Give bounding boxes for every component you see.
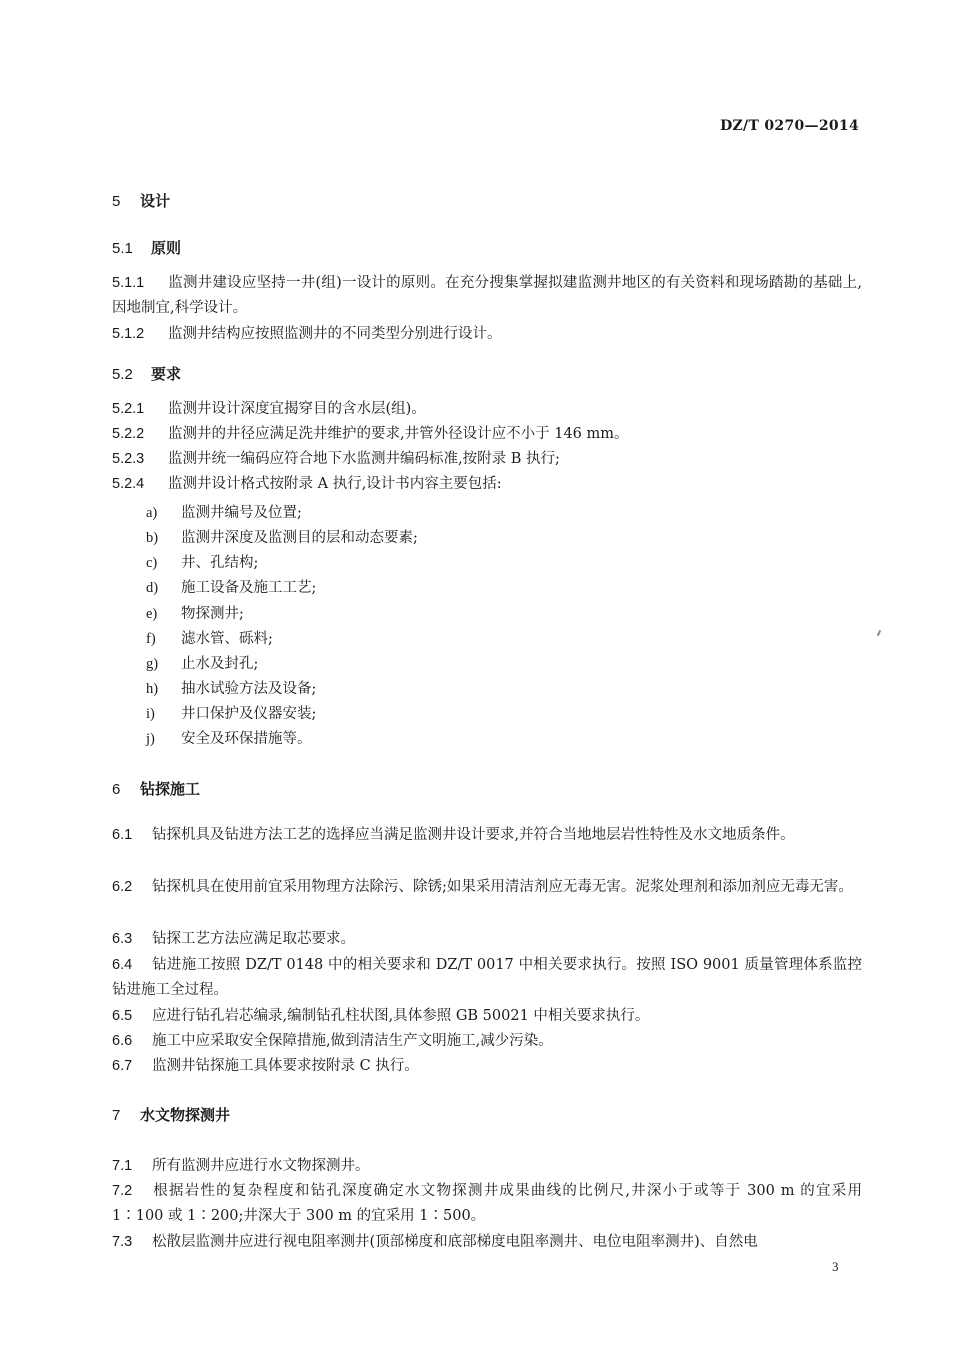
clause-text: 钻探工艺方法应满足取芯要求。 (152, 931, 355, 947)
document-page: DZ/T 0270—2014 5设计 5.1原则 5.1.1监测井建设应坚持一井… (0, 0, 956, 1353)
section-heading-5: 5设计 (112, 190, 170, 211)
clause-5-2-2: 5.2.2监测井的井径应满足洗井维护的要求,井管外径设计应不小于 146 mm。 (112, 422, 862, 447)
clause-text: 钻探机具在使用前宜采用物理方法除污、除锈;如果采用清洁剂应无毒无害。泥浆处理剂和… (152, 879, 853, 895)
clause-5-1-1: 5.1.1监测井建设应坚持一井(组)一设计的原则。在充分搜集掌握拟建监测井地区的… (112, 271, 862, 321)
clause-text: 所有监测井应进行水文物探测井。 (152, 1158, 370, 1174)
clause-7-1: 7.1所有监测井应进行水文物探测井。 (112, 1154, 862, 1179)
list-text: 监测井深度及监测目的层和动态要素; (181, 530, 418, 546)
clause-text: 监测井设计格式按附录 A 执行,设计书内容主要包括: (168, 476, 502, 492)
list-text: 施工设备及施工工艺; (181, 580, 316, 596)
subsection-number: 5.1 (112, 240, 151, 257)
clause-number: 6.4 (112, 953, 152, 978)
list-label: c) (146, 555, 181, 572)
section-number: 7 (112, 1107, 140, 1124)
clause-number: 5.2.2 (112, 422, 168, 447)
list-text: 止水及封孔; (181, 656, 258, 672)
clause-text: 监测井设计深度宜揭穿目的含水层(组)。 (168, 401, 426, 417)
clause-text: 松散层监测井应进行视电阻率测井(顶部梯度和底部梯度电阻率测井、电位电阻率测井)、… (152, 1234, 758, 1250)
list-label: f) (146, 631, 181, 648)
subsection-heading-5-1: 5.1原则 (112, 237, 181, 258)
clause-7-2: 7.2根据岩性的复杂程度和钻孔深度确定水文物探测井成果曲线的比例尺,井深小于或等… (112, 1179, 862, 1229)
clause-text: 监测井统一编码应符合地下水监测井编码标准,按附录 B 执行; (168, 451, 560, 467)
clause-6-6: 6.6施工中应采取安全保障措施,做到清洁生产文明施工,减少污染。 (112, 1029, 862, 1054)
clause-number: 7.2 (112, 1179, 152, 1204)
clause-text: 应进行钻孔岩芯编录,编制钻孔柱状图,具体参照 GB 50021 中相关要求执行。 (152, 1008, 649, 1024)
list-text: 井、孔结构; (181, 555, 258, 571)
list-label: i) (146, 706, 181, 723)
clause-number: 6.3 (112, 927, 152, 952)
clause-5-2-1: 5.2.1监测井设计深度宜揭穿目的含水层(组)。 (112, 397, 862, 422)
scan-artifact (877, 630, 881, 636)
clause-5-2-4: 5.2.4监测井设计格式按附录 A 执行,设计书内容主要包括: (112, 472, 862, 497)
clause-number: 5.1.1 (112, 271, 168, 296)
clause-text: 钻进施工按照 DZ/T 0148 中的相关要求和 DZ/T 0017 中相关要求… (112, 957, 862, 998)
section-heading-6: 6钻探施工 (112, 778, 200, 799)
clause-text: 监测井建设应坚持一井(组)一设计的原则。在充分搜集掌握拟建监测井地区的有关资料和… (112, 275, 862, 316)
clause-number: 6.5 (112, 1004, 152, 1029)
clause-text: 监测井的井径应满足洗井维护的要求,井管外径设计应不小于 146 mm。 (168, 426, 629, 442)
clause-number: 5.2.3 (112, 447, 168, 472)
list-label: e) (146, 606, 181, 623)
clause-6-3: 6.3钻探工艺方法应满足取芯要求。 (112, 927, 862, 952)
clause-number: 6.7 (112, 1054, 152, 1079)
clause-6-7: 6.7监测井钻探施工具体要求按附录 C 执行。 (112, 1054, 862, 1079)
list-item-f: f)滤水管、砾料; (146, 627, 273, 648)
clause-text: 根据岩性的复杂程度和钻孔深度确定水文物探测井成果曲线的比例尺,井深小于或等于 3… (112, 1183, 862, 1224)
subsection-number: 5.2 (112, 366, 151, 383)
clause-6-2: 6.2钻探机具在使用前宜采用物理方法除污、除锈;如果采用清洁剂应无毒无害。泥浆处… (112, 875, 862, 900)
clause-number: 6.2 (112, 875, 152, 900)
section-heading-7: 7水文物探测井 (112, 1104, 230, 1125)
list-text: 安全及环保措施等。 (181, 731, 312, 747)
clause-text: 钻探机具及钻进方法工艺的选择应当满足监测井设计要求,并符合当地地层岩性特性及水文… (152, 827, 795, 843)
clause-text: 施工中应采取安全保障措施,做到清洁生产文明施工,减少污染。 (152, 1033, 553, 1049)
subsection-title: 要求 (151, 365, 181, 383)
list-item-a: a)监测井编号及位置; (146, 501, 302, 522)
clause-5-2-3: 5.2.3监测井统一编码应符合地下水监测井编码标准,按附录 B 执行; (112, 447, 862, 472)
list-item-c: c)井、孔结构; (146, 551, 258, 572)
clause-number: 5.2.1 (112, 397, 168, 422)
section-title: 设计 (140, 192, 170, 210)
subsection-title: 原则 (151, 239, 181, 257)
list-item-d: d)施工设备及施工工艺; (146, 576, 316, 597)
list-label: j) (146, 731, 181, 748)
clause-6-4: 6.4钻进施工按照 DZ/T 0148 中的相关要求和 DZ/T 0017 中相… (112, 953, 862, 1003)
clause-number: 5.2.4 (112, 472, 168, 497)
list-label: g) (146, 656, 181, 673)
clause-6-1: 6.1钻探机具及钻进方法工艺的选择应当满足监测井设计要求,并符合当地地层岩性特性… (112, 823, 862, 848)
list-item-e: e)物探测井; (146, 602, 244, 623)
list-label: a) (146, 505, 181, 522)
list-text: 抽水试验方法及设备; (181, 681, 316, 697)
list-label: d) (146, 580, 181, 597)
list-text: 滤水管、砾料; (181, 631, 273, 647)
clause-number: 5.1.2 (112, 322, 168, 347)
page-number: 3 (832, 1259, 839, 1275)
clause-number: 6.6 (112, 1029, 152, 1054)
clause-text: 监测井结构应按照监测井的不同类型分别进行设计。 (168, 326, 502, 342)
clause-text: 监测井钻探施工具体要求按附录 C 执行。 (152, 1058, 419, 1074)
list-text: 监测井编号及位置; (181, 505, 302, 521)
list-item-g: g)止水及封孔; (146, 652, 258, 673)
list-item-i: i)井口保护及仪器安装; (146, 702, 316, 723)
clause-number: 6.1 (112, 823, 152, 848)
list-text: 物探测井; (181, 606, 244, 622)
list-label: h) (146, 681, 181, 698)
section-title: 水文物探测井 (140, 1106, 230, 1124)
section-title: 钻探施工 (140, 780, 200, 798)
list-item-b: b)监测井深度及监测目的层和动态要素; (146, 526, 418, 547)
clause-number: 7.1 (112, 1154, 152, 1179)
list-item-h: h)抽水试验方法及设备; (146, 677, 316, 698)
section-number: 5 (112, 193, 140, 210)
standard-code: DZ/T 0270—2014 (720, 118, 859, 134)
subsection-heading-5-2: 5.2要求 (112, 363, 181, 384)
clause-number: 7.3 (112, 1230, 152, 1255)
clause-5-1-2: 5.1.2监测井结构应按照监测井的不同类型分别进行设计。 (112, 322, 862, 347)
list-item-j: j)安全及环保措施等。 (146, 727, 312, 748)
list-label: b) (146, 530, 181, 547)
clause-7-3: 7.3松散层监测井应进行视电阻率测井(顶部梯度和底部梯度电阻率测井、电位电阻率测… (112, 1230, 862, 1255)
list-text: 井口保护及仪器安装; (181, 706, 316, 722)
clause-6-5: 6.5应进行钻孔岩芯编录,编制钻孔柱状图,具体参照 GB 50021 中相关要求… (112, 1004, 862, 1029)
section-number: 6 (112, 781, 140, 798)
